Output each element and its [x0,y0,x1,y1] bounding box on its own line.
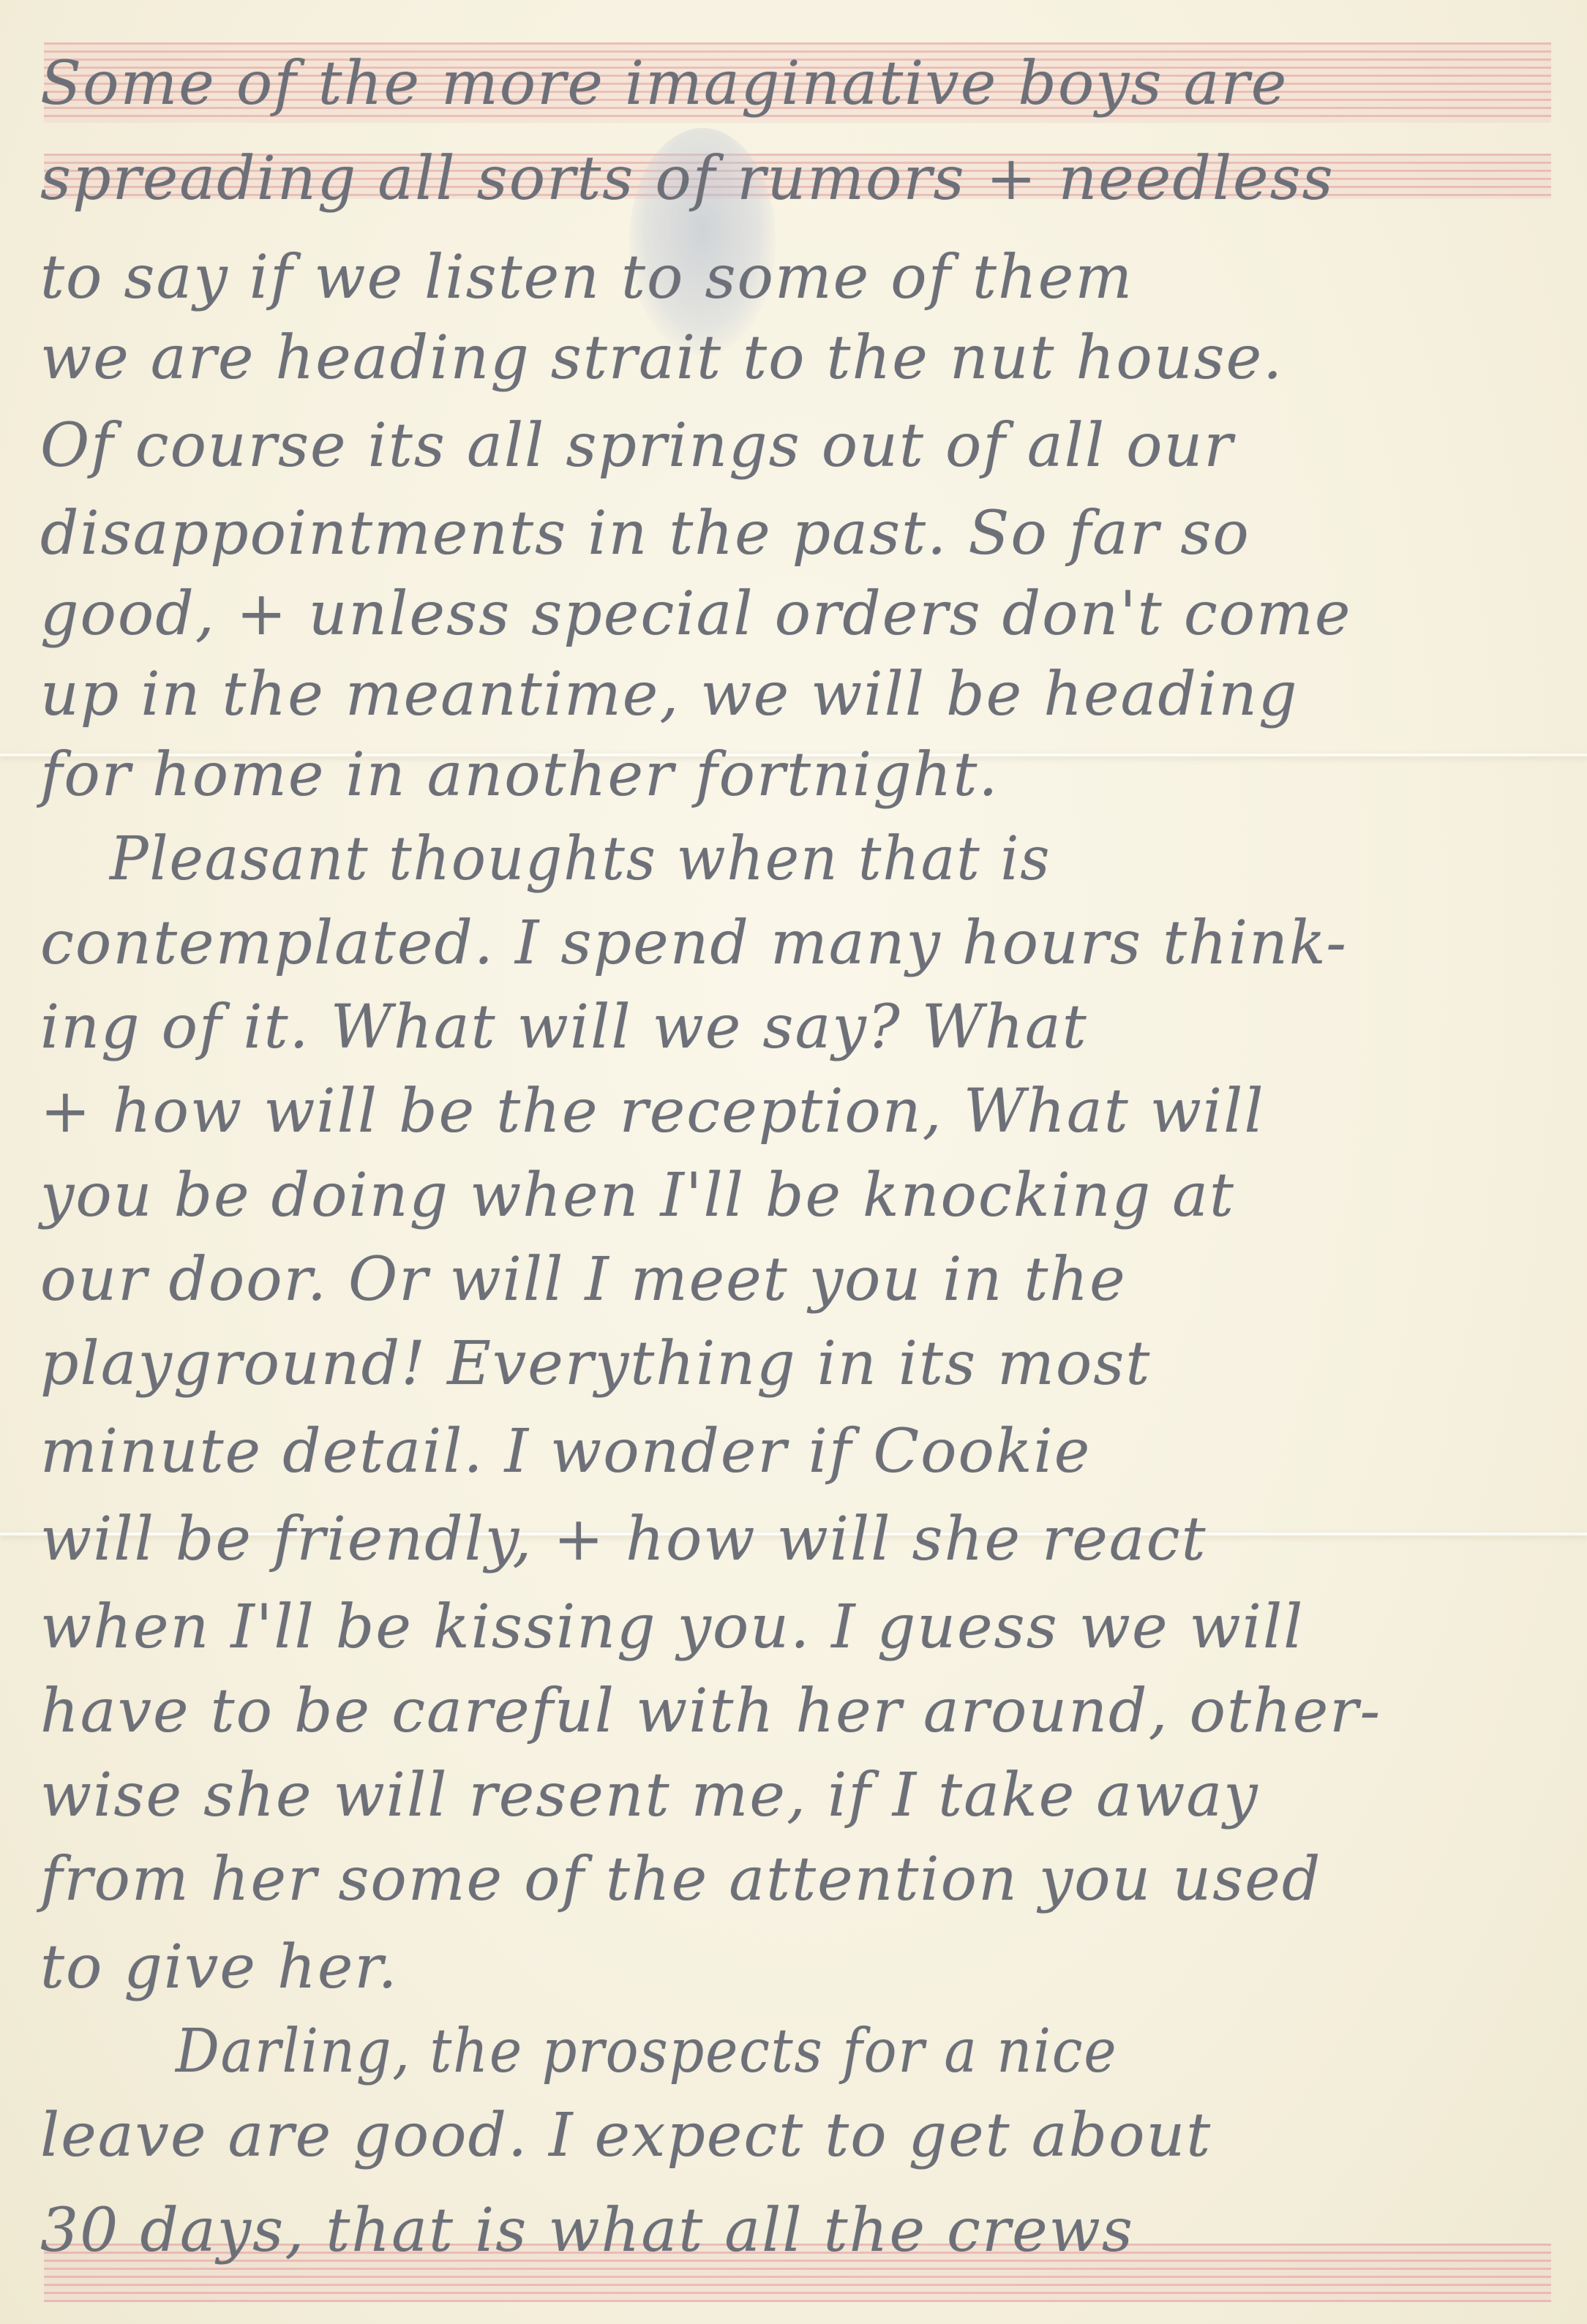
letter-line-8: up in the meantime, we will be heading [40,658,1547,732]
letter-line-11: contemplated. I spend many hours think- [40,907,1547,980]
letter-line-25: leave are good. I expect to get about [40,2099,1547,2173]
letter-line-26: 30 days, that is what all the crews [40,2195,1547,2268]
letter-line-24: Darling, the prospects for a nice [176,2015,1547,2088]
letter-line-9: for home in another fortnight. [40,739,1547,812]
letter-line-12: ing of it. What will we say? What [40,991,1547,1064]
letter-line-21: wise she will resent me, if I take away [40,1759,1547,1832]
letter-line-22: from her some of the attention you used [40,1843,1547,1917]
letter-line-5: Of course its all springs out of all our [40,410,1547,483]
letter-line-10: Pleasant thoughts when that is [110,823,1547,896]
letter-line-2: spreading all sorts of rumors + needless [40,143,1547,216]
letter-line-17: minute detail. I wonder if Cookie [40,1415,1547,1489]
letter-line-18: will be friendly, + how will she react [40,1503,1547,1576]
letter-line-23: to give her. [40,1931,1547,2004]
letter-line-3: to say if we listen to some of them [40,241,1547,315]
letter-line-16: playground! Everything in its most [40,1328,1547,1401]
letter-line-19: when I'll be kissing you. I guess we wil… [40,1591,1547,1664]
letter-line-6: disappointments in the past. So far so [40,497,1547,571]
letter-line-7: good, + unless special orders don't come [40,578,1547,651]
letter-line-14: you be doing when I'll be knocking at [40,1159,1547,1233]
letter-line-4: we are heading strait to the nut house. [40,322,1547,395]
letter-line-1: Some of the more imaginative boys are [40,48,1547,121]
letter-line-13: + how will be the reception, What will [40,1075,1547,1148]
letter-line-20: have to be careful with her around, othe… [40,1675,1547,1748]
letter-line-15: our door. Or will I meet you in the [40,1244,1547,1317]
